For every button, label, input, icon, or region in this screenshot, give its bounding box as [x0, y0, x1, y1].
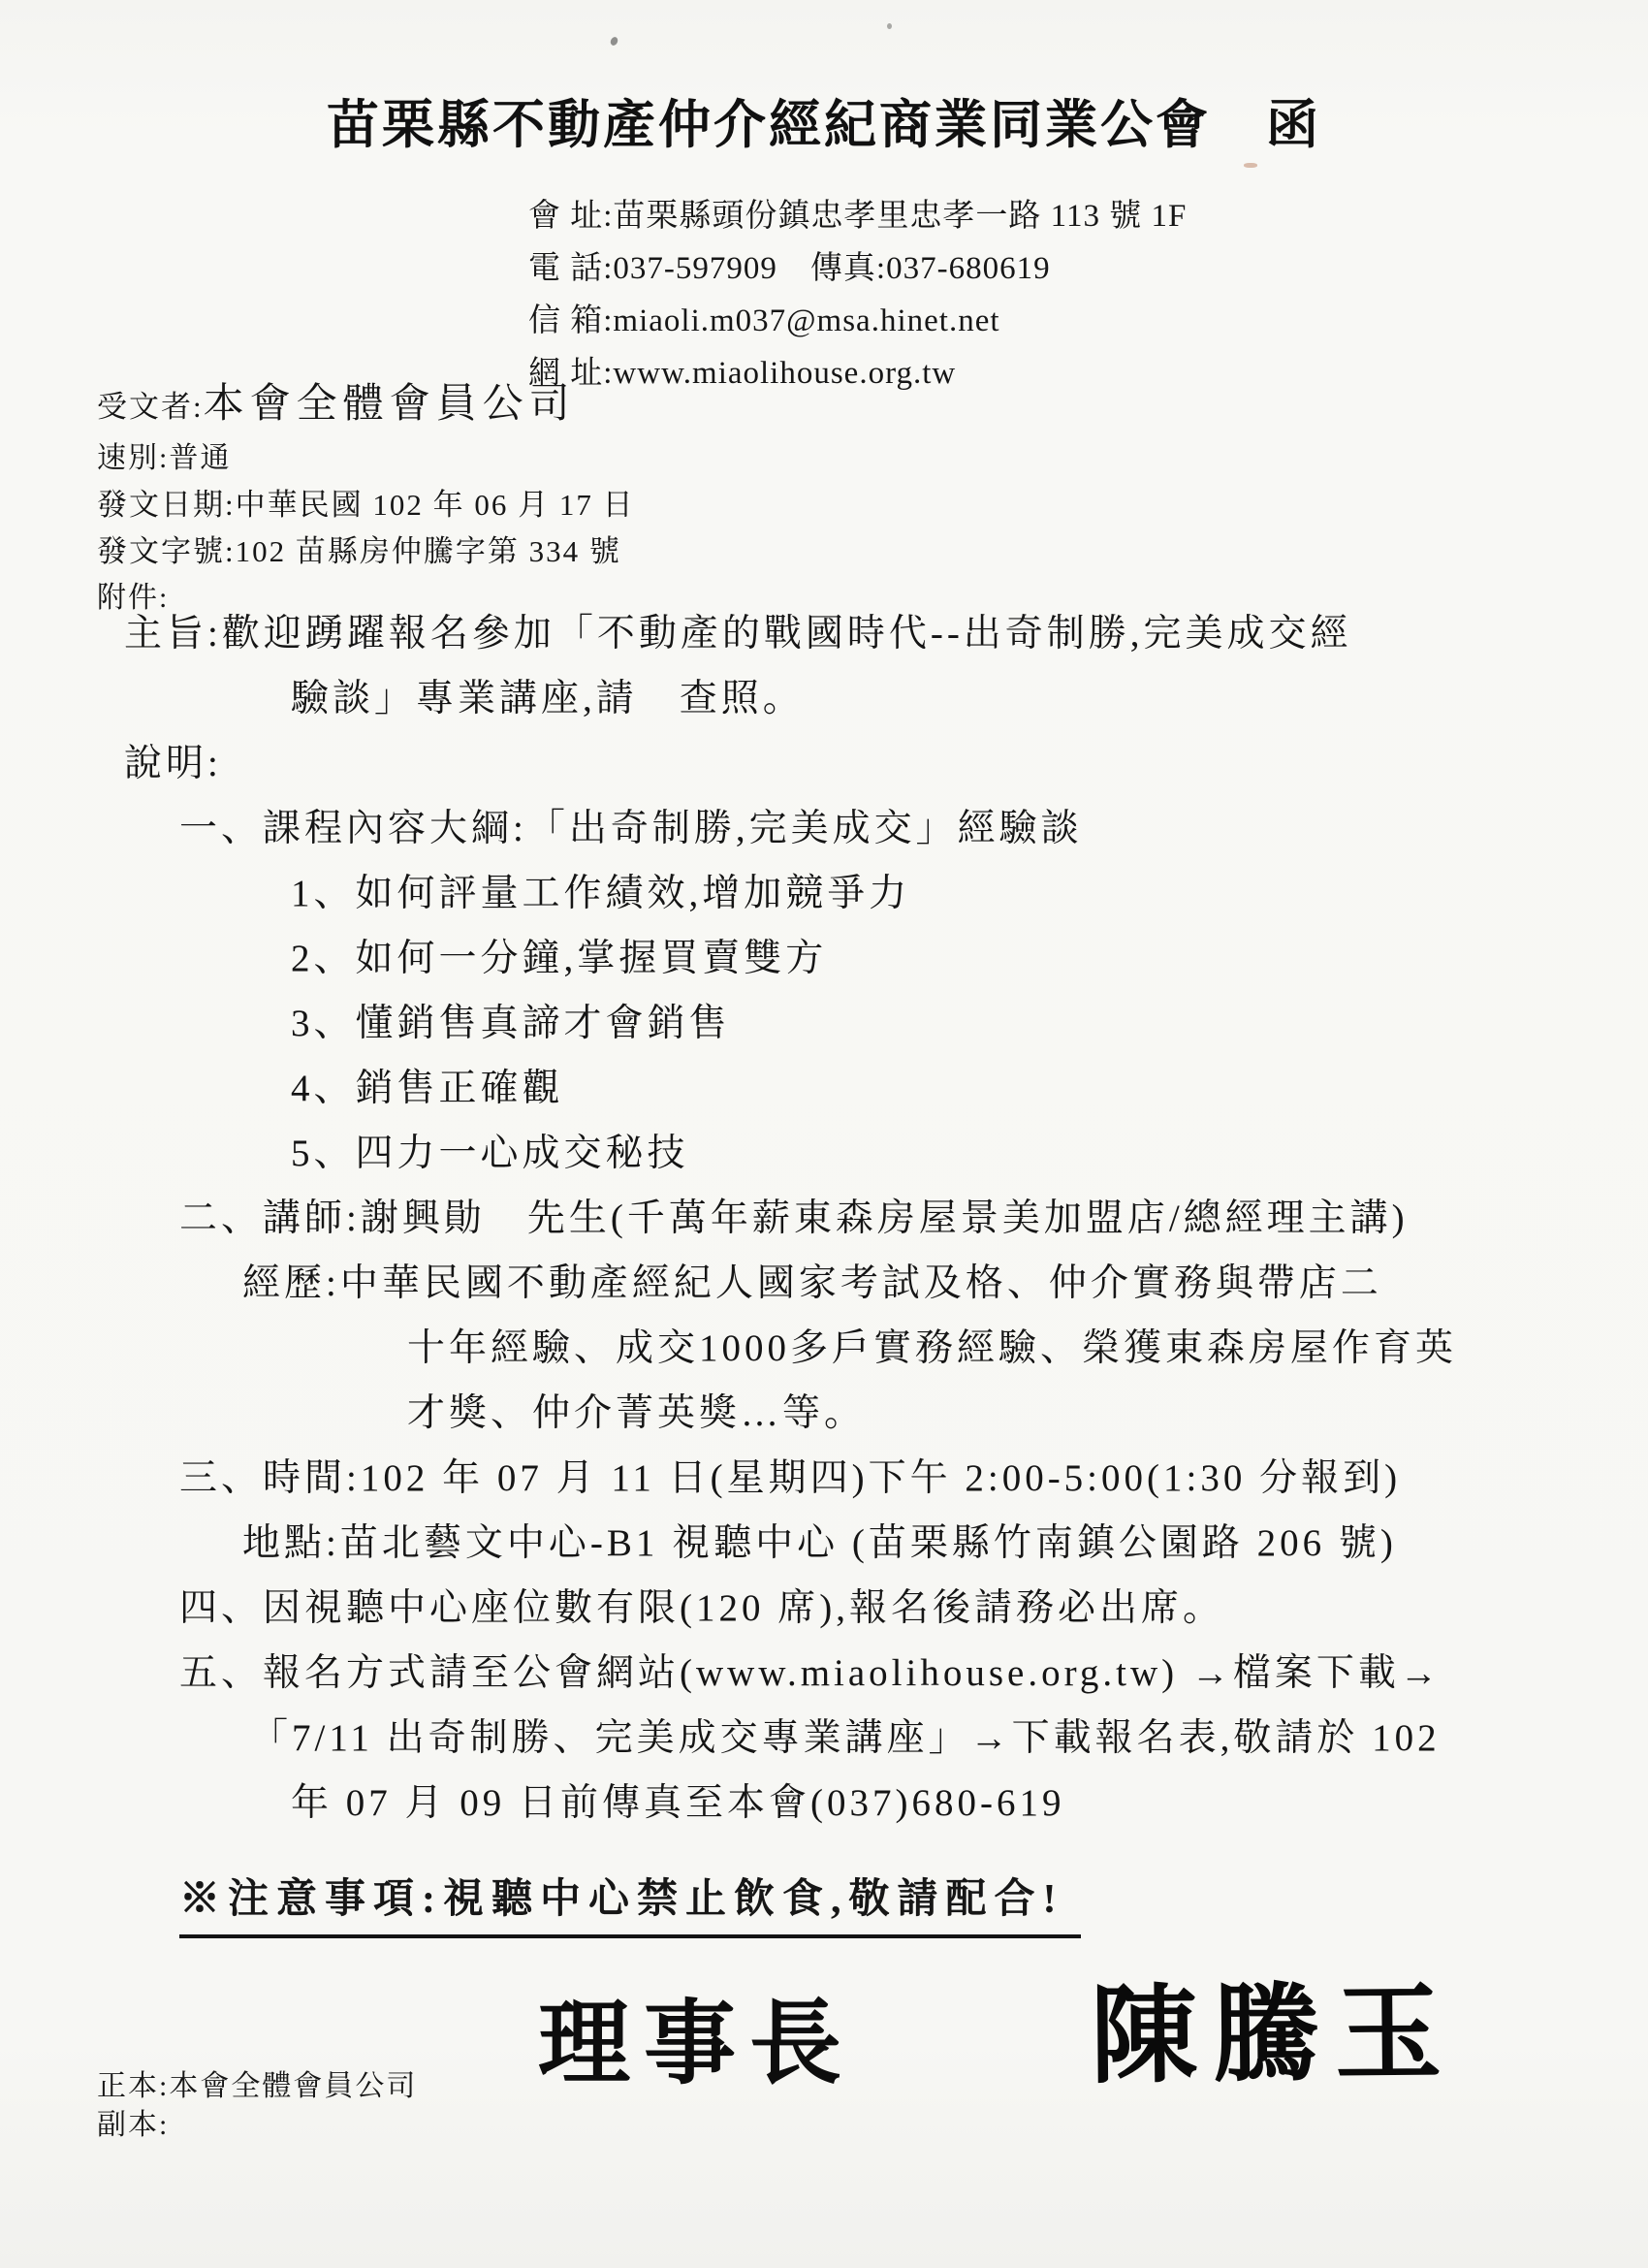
email-value: miaoli.m037@msa.hinet.net — [613, 303, 999, 338]
recipient-line: 受文者:本會全體會員公司 — [97, 383, 635, 439]
contact-address-line: 會 址:苗栗縣頭份鎮忠孝里忠孝一路 113 號 1F — [528, 190, 1187, 242]
email-label: 信 箱: — [528, 295, 613, 347]
lecturer-experience-line-1: 經歷:中華民國不動產經紀人國家考試及格、仲介實務與帶店二 — [0, 1251, 1648, 1316]
scan-artifact — [609, 36, 618, 47]
course-point-4: 4、銷售正確觀 — [0, 1056, 1648, 1121]
chairman-title: 理事長 — [538, 1970, 855, 2102]
outline-item-4-seats: 四、因視聽中心座位數有限(120 席),報名後請務必出席。 — [0, 1576, 1648, 1641]
recipient-value: 本會全體會員公司 — [204, 382, 576, 427]
scanned-letter-page: 苗栗縣不動產仲介經紀商業同業公會 函 會 址:苗栗縣頭份鎮忠孝里忠孝一路 113… — [0, 0, 1648, 2268]
course-point-3: 3、懂銷售真諦才會銷售 — [0, 991, 1648, 1056]
outline-item-1-course: 一、課程內容大綱:「出奇制勝,完美成交」經驗談 — [0, 796, 1648, 861]
phone-fax-value: 037-597909 傳真:037-680619 — [613, 251, 1050, 286]
issue-date-line: 發文日期:中華民國 102 年 06 月 17 日 — [97, 485, 635, 531]
venue-line: 地點:苗北藝文中心-B1 視聽中心 (苗栗縣竹南鎮公園路 206 號) — [0, 1511, 1648, 1576]
contact-email-line: 信 箱:miaoli.m037@msa.hinet.net — [528, 295, 1187, 347]
important-notice-text: ※注意事項:視聽中心禁止飲食,敬請配合! — [179, 1867, 1081, 1938]
subject-line-1: 主旨:歡迎踴躍報名參加「不動產的戰國時代--出奇制勝,完美成交經 — [0, 601, 1648, 666]
course-point-1: 1、如何評量工作績效,增加競爭力 — [0, 861, 1648, 926]
address-label: 會 址: — [528, 190, 613, 242]
outline-item-5-registration: 五、報名方式請至公會網站(www.miaolihouse.org.tw) →檔案… — [0, 1641, 1648, 1706]
scan-artifact — [887, 23, 892, 29]
address-value: 苗栗縣頭份鎮忠孝里忠孝一路 113 號 1F — [613, 199, 1187, 234]
course-point-5: 5、四力一心成交秘技 — [0, 1121, 1648, 1186]
phone-label: 電 話: — [528, 242, 613, 295]
lecturer-experience-line-3: 才獎、仲介菁英獎…等。 — [0, 1381, 1648, 1446]
original-copy-line: 正本:本會全體會員公司 — [97, 2067, 417, 2106]
website-value: www.miaolihouse.org.tw — [613, 356, 956, 391]
contact-phone-line: 電 話:037-597909 傳真:037-680619 — [528, 242, 1187, 295]
scan-artifact — [1244, 163, 1257, 168]
outline-item-3-time: 三、時間:102 年 07 月 11 日(星期四)下午 2:00-5:00(1:… — [0, 1446, 1648, 1511]
priority-line: 速別:普通 — [97, 439, 635, 485]
course-point-2: 2、如何一分鐘,掌握買賣雙方 — [0, 926, 1648, 991]
important-notice: ※注意事項:視聽中心禁止飲食,敬請配合! — [179, 1867, 1081, 1938]
subject-line-2: 驗談」專業講座,請 查照。 — [0, 666, 1648, 731]
letter-meta-block: 受文者:本會全體會員公司 速別:普通 發文日期:中華民國 102 年 06 月 … — [97, 383, 635, 623]
recipient-label: 受文者: — [97, 390, 204, 424]
duplicate-copy-line: 副本: — [97, 2106, 417, 2145]
reference-number-line: 發文字號:102 苗縣房仲騰字第 334 號 — [97, 531, 635, 579]
lecturer-experience-line-2: 十年經驗、成交1000多戶實務經驗、榮獲東森房屋作育英 — [0, 1316, 1648, 1381]
outline-item-2-lecturer: 二、講師:謝興勛 先生(千萬年薪東森房屋景美加盟店/總經理主講) — [0, 1186, 1648, 1251]
chairman-name-calligraphy: 陳騰玉 — [1090, 1947, 1457, 2103]
signature-block: 理事長 陳騰玉 — [0, 1949, 1648, 2085]
association-contact-block: 會 址:苗栗縣頭份鎮忠孝里忠孝一路 113 號 1F 電 話:037-59790… — [528, 190, 1187, 399]
registration-line-2: 「7/11 出奇制勝、完美成交專業講座」→下載報名表,敬請於 102 — [0, 1706, 1648, 1771]
explanation-heading: 說明: — [0, 731, 1648, 796]
distribution-block: 正本:本會全體會員公司 副本: — [97, 2067, 417, 2145]
registration-line-3: 年 07 月 09 日前傳真至本會(037)680-619 — [0, 1771, 1648, 1836]
document-title: 苗栗縣不動產仲介經紀商業同業公會 函 — [0, 83, 1648, 158]
letter-body: 主旨:歡迎踴躍報名參加「不動產的戰國時代--出奇制勝,完美成交經 驗談」專業講座… — [0, 601, 1648, 1836]
